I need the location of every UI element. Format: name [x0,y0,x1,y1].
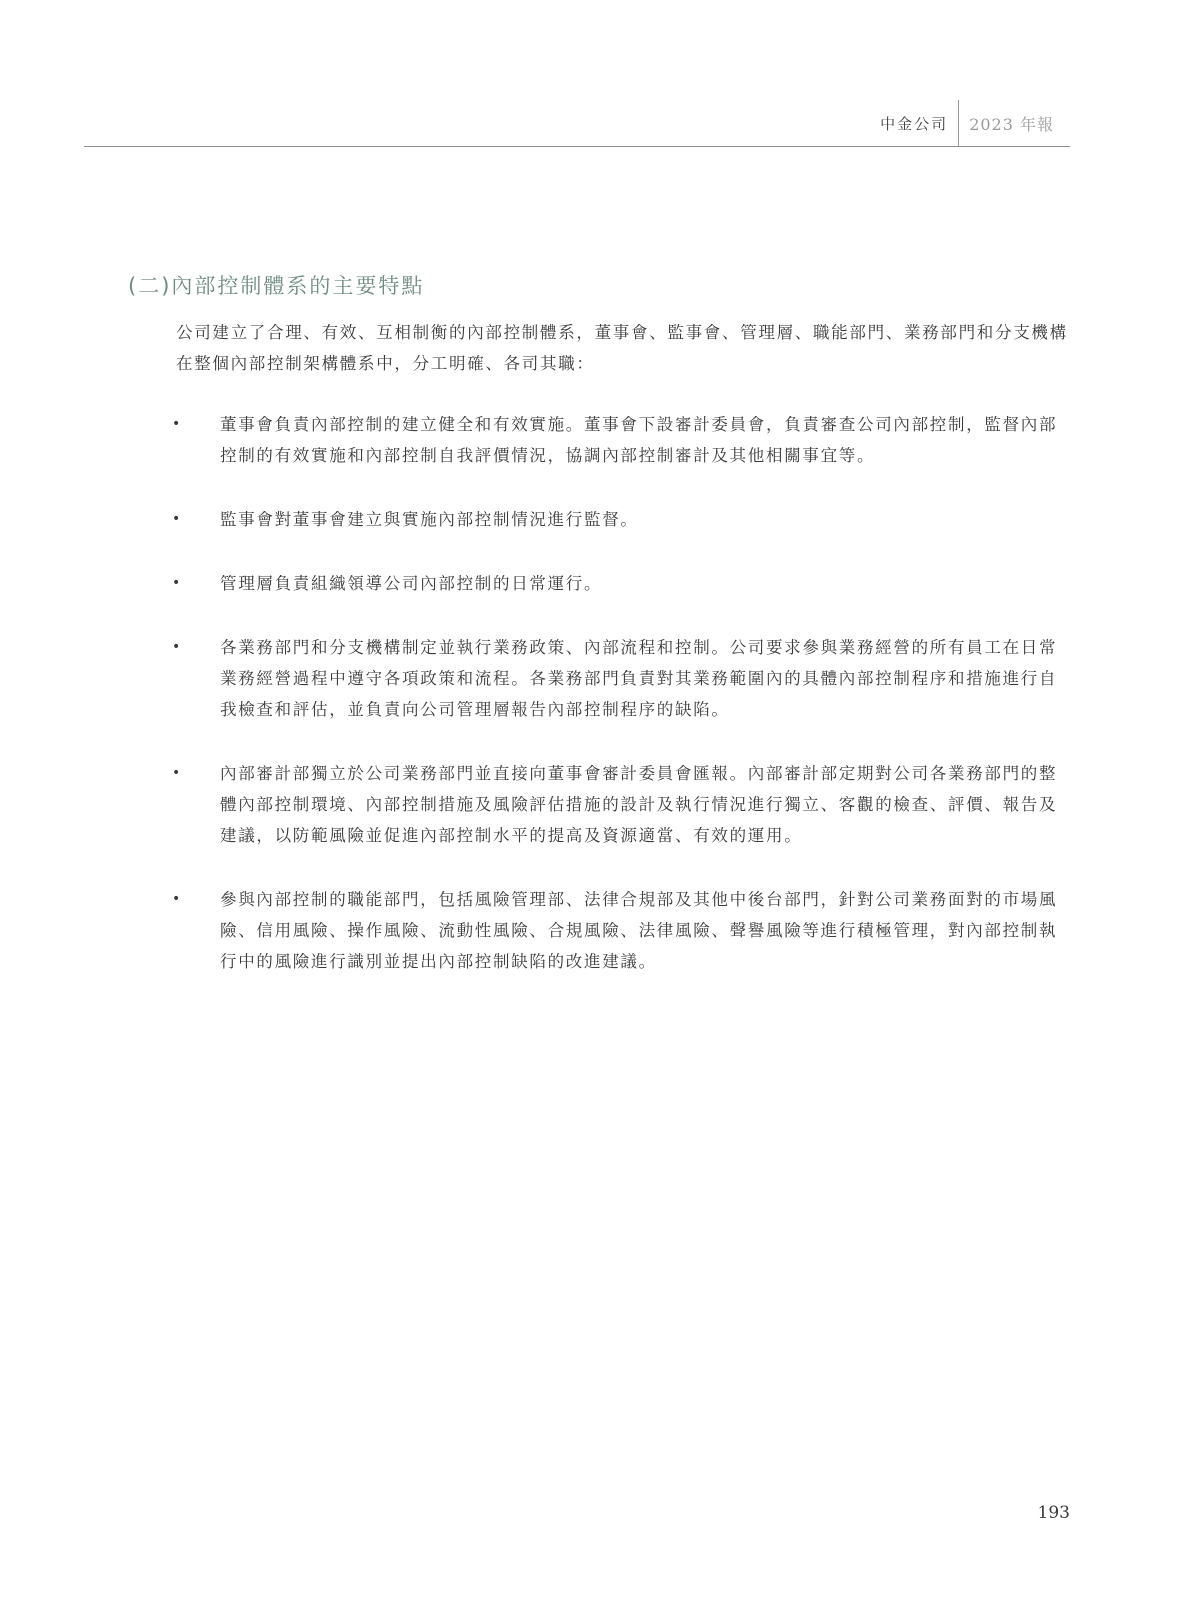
bullet-icon: • [172,568,182,599]
list-item-text: 參與內部控制的職能部門，包括風險管理部、法律合規部及其他中後台部門，針對公司業務… [220,890,1057,971]
list-item-text: 管理層負責組織領導公司內部控制的日常運行。 [220,574,602,593]
list-item-text: 內部審計部獨立於公司業務部門並直接向董事會審計委員會匯報。內部審計部定期對公司各… [220,764,1057,845]
list-item: • 內部審計部獨立於公司業務部門並直接向董事會審計委員會匯報。內部審計部定期對公… [170,758,1070,851]
report-title: 2023 年報 [959,112,1054,135]
bullet-icon: • [172,504,182,535]
intro-paragraph: 公司建立了合理、有效、互相制衡的內部控制體系，董事會、監事會、管理層、職能部門、… [176,317,1070,379]
list-item: • 參與內部控制的職能部門，包括風險管理部、法律合規部及其他中後台部門，針對公司… [170,884,1070,977]
list-item: • 管理層負責組織領導公司內部控制的日常運行。 [170,568,1070,599]
section-title: (二)內部控制體系的主要特點 [128,270,424,300]
bullet-list: • 董事會負責內部控制的建立健全和有效實施。董事會下設審計委員會，負責審查公司內… [170,409,1070,1010]
list-item: • 各業務部門和分支機構制定並執行業務政策、內部流程和控制。公司要求參與業務經營… [170,632,1070,725]
bullet-icon: • [172,409,182,440]
list-item-text: 各業務部門和分支機構制定並執行業務政策、內部流程和控制。公司要求參與業務經營的所… [220,638,1057,719]
bullet-icon: • [172,758,182,789]
list-item-text: 董事會負責內部控制的建立健全和有效實施。董事會下設審計委員會，負責審查公司內部控… [220,415,1057,465]
bullet-icon: • [172,632,182,663]
company-name: 中金公司 [880,113,958,134]
list-item: • 董事會負責內部控制的建立健全和有效實施。董事會下設審計委員會，負責審查公司內… [170,409,1070,471]
page-number: 193 [1038,1503,1070,1523]
list-item: • 監事會對董事會建立與實施內部控制情況進行監督。 [170,504,1070,535]
header-label-group: 中金公司 2023 年報 [880,100,1054,146]
bullet-icon: • [172,884,182,915]
list-item-text: 監事會對董事會建立與實施內部控制情況進行監督。 [220,510,639,529]
page-header: 中金公司 2023 年報 [84,100,1070,147]
